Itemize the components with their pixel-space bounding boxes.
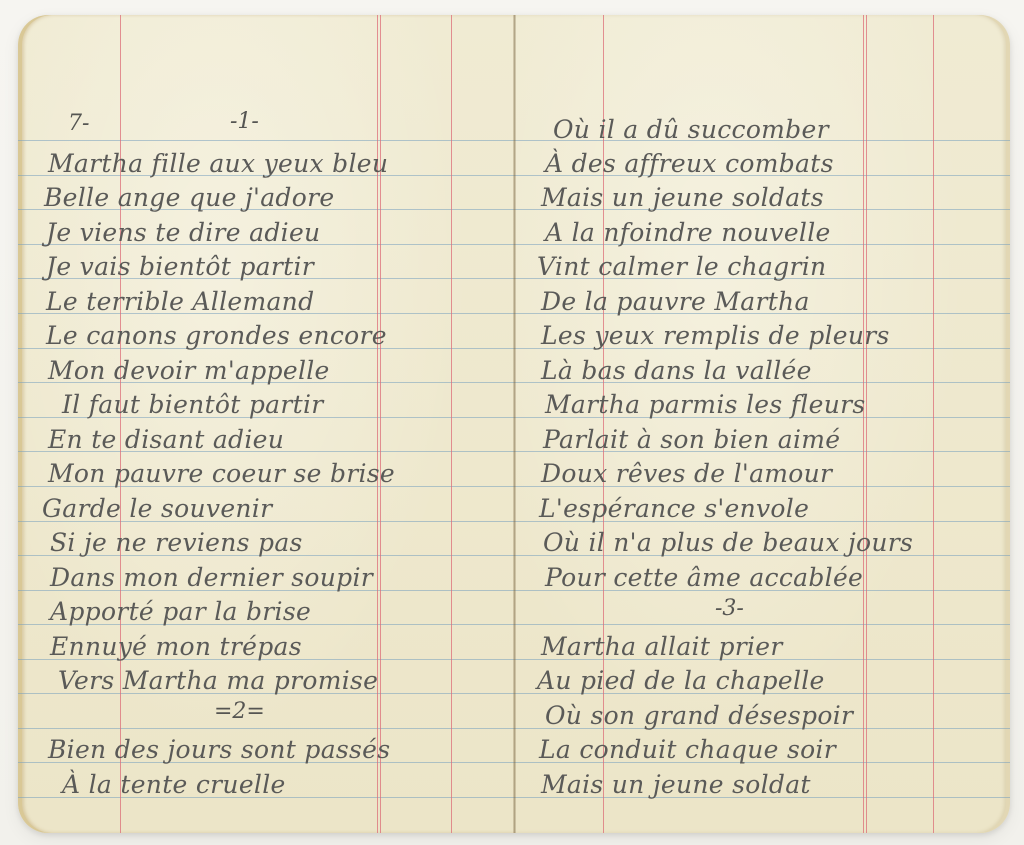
poem-line: Où son grand désespoir — [545, 703, 853, 728]
ruled-line — [18, 140, 515, 141]
notebook-spine — [513, 15, 516, 833]
red-margin-line — [120, 15, 121, 833]
poem-line: Martha fille aux yeux bleu — [48, 151, 388, 176]
poem-line: Doux rêves de l'amour — [541, 461, 832, 486]
red-margin-line — [451, 15, 452, 833]
poem-line: Mais un jeune soldats — [541, 185, 824, 210]
poem-line: Je viens te dire adieu — [46, 220, 320, 245]
poem-line: Si je ne reviens pas — [50, 530, 303, 555]
right-page: Où il a dû succomber À des affreux comba… — [515, 15, 1010, 833]
stanza-heading: =2= — [214, 701, 265, 723]
poem-line: La conduit chaque soir — [539, 737, 836, 762]
poem-line: Le terrible Allemand — [46, 289, 314, 314]
poem-line: Apporté par la brise — [50, 599, 311, 624]
poem-line: Ennuyé mon trépas — [50, 634, 302, 659]
red-margin-line — [866, 15, 867, 833]
poem-line: Mon devoir m'appelle — [48, 358, 330, 383]
stanza-heading: -1- — [230, 111, 259, 133]
poem-line: Garde le souvenir — [42, 496, 272, 521]
poem-line: Il faut bientôt partir — [62, 392, 324, 417]
poem-line: Mais un jeune soldat — [541, 772, 811, 797]
poem-line: Martha parmis les fleurs — [545, 392, 865, 417]
poem-line: Belle ange que j'adore — [44, 185, 334, 210]
stanza-heading: -3- — [715, 598, 744, 620]
poem-line: Là bas dans la vallée — [541, 358, 812, 383]
red-margin-line — [380, 15, 381, 833]
ruled-line — [515, 624, 1010, 625]
poem-line: Bien des jours sont passés — [48, 737, 390, 762]
poem-line: Les yeux remplis de pleurs — [541, 323, 890, 348]
poem-line: Où il a dû succomber — [553, 117, 829, 142]
poem-line: En te disant adieu — [48, 427, 284, 452]
red-margin-line — [933, 15, 934, 833]
poem-line: De la pauvre Martha — [541, 289, 810, 314]
poem-line: Pour cette âme accablée — [545, 565, 863, 590]
poem-line: Je vais bientôt partir — [46, 254, 314, 279]
left-page: 7- -1- Martha fille aux yeux bleu Belle … — [18, 15, 515, 833]
poem-line: Parlait à son bien aimé — [543, 427, 840, 452]
poem-line: Vint calmer le chagrin — [537, 254, 826, 279]
ruled-line — [18, 728, 515, 729]
page-marker: 7- — [68, 113, 89, 135]
red-margin-line — [863, 15, 864, 833]
poem-line: Où il n'a plus de beaux jours — [543, 530, 913, 555]
poem-line: L'espérance s'envole — [539, 496, 809, 521]
poem-line: À la tente cruelle — [62, 772, 286, 797]
poem-line: Dans mon dernier soupir — [50, 565, 373, 590]
red-margin-line — [377, 15, 378, 833]
poem-line: A la nfoindre nouvelle — [545, 220, 831, 245]
poem-line: Le canons grondes encore — [46, 323, 387, 348]
poem-line: Martha allait prier — [541, 634, 783, 659]
poem-line: Vers Martha ma promise — [58, 668, 378, 693]
poem-line: Mon pauvre coeur se brise — [48, 461, 395, 486]
scanned-notebook-scene: 7- -1- Martha fille aux yeux bleu Belle … — [0, 0, 1024, 845]
poem-line: Au pied de la chapelle — [537, 668, 825, 693]
poem-line: À des affreux combats — [545, 151, 834, 176]
open-notebook: 7- -1- Martha fille aux yeux bleu Belle … — [18, 15, 1010, 833]
